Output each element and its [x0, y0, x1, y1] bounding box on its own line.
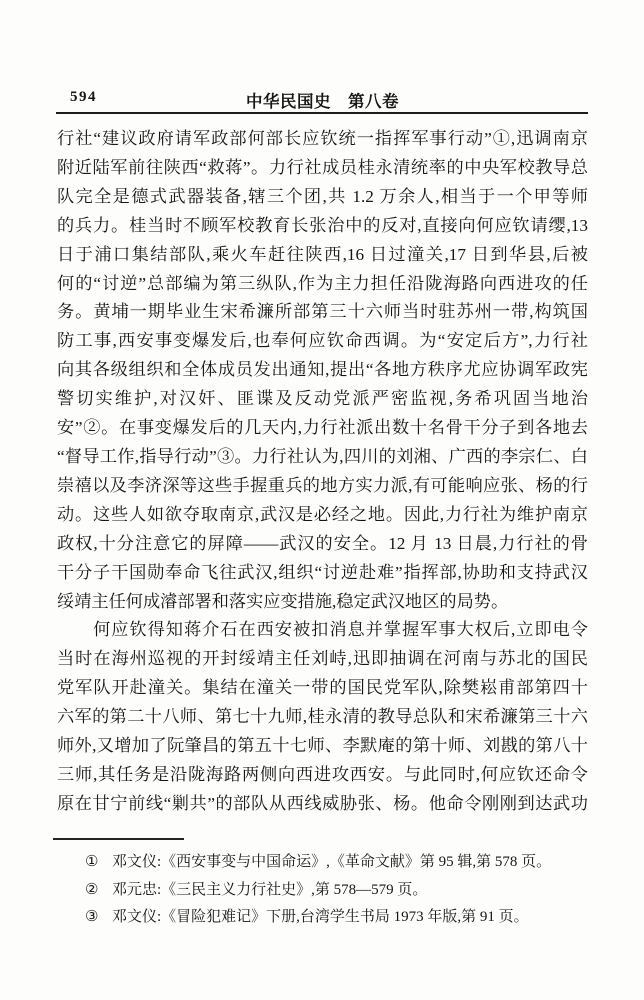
text-line: 何的“讨逆”总部编为第三纵队,作为主力担任沿陇海路向西进攻的任	[57, 270, 588, 299]
footnote: ②邓元忠:《三民主义力行社史》,第 578—579 页。	[57, 877, 588, 905]
text-line: 原在甘宁前线“剿共”的部队从西线威胁张、杨。他命令刚刚到达武功	[57, 790, 588, 819]
text-line: 防工事,西安事变爆发后,也奉何应钦命西调。为“安定后方”,力行社	[57, 327, 588, 356]
body-text: 行社“建议政府请军政部何部长应钦统一指挥军事行动”①,迅调南京 附近陆军前往陕西…	[57, 125, 588, 819]
text-line: 动。这些人如欲夺取南京,武汉是必经之地。因此,力行社为维护南京	[57, 501, 588, 530]
text-line: 绥靖主任何成濬部署和落实应变措施,稳定武汉地区的局势。	[57, 588, 588, 617]
footnote: ①邓文仪:《西安事变与中国命运》,《革命文献》第 95 辑,第 578 页。	[57, 849, 588, 877]
running-header: 594 中华民国史 第八卷	[57, 88, 588, 110]
text-line: 何应钦得知蒋介石在西安被扣消息并掌握军事大权后,立即电令	[57, 616, 588, 645]
book-page: 594 中华民国史 第八卷 行社“建议政府请军政部何部长应钦统一指挥军事行动”①…	[0, 0, 644, 1000]
text-line: 行社“建议政府请军政部何部长应钦统一指挥军事行动”①,迅调南京	[57, 125, 588, 154]
text-line: 安”②。在事变爆发后的几天内,力行社派出数十名骨干分子到各地去	[57, 414, 588, 443]
book-title: 中华民国史 第八卷	[57, 88, 588, 112]
text-line: 附近陆军前往陕西“救蒋”。力行社成员桂永清统率的中央军校教导总	[57, 154, 588, 183]
text-line: 的兵力。桂当时不顾军校教育长张治中的反对,直接向何应钦请缨,13	[57, 212, 588, 241]
footnote-text: 邓文仪:《冒险犯难记》下册,台湾学生书局 1973 年版,第 91 页。	[112, 909, 529, 925]
text-line: 三师,其任务是沿陇海路两侧向西进攻西安。与此同时,何应钦还命令	[57, 761, 588, 790]
text-line: 向其各级组织和全体成员发出通知,提出“各地方秩序尤应协调军政宪	[57, 356, 588, 385]
text-line: 政权,十分注意它的屏障——武汉的安全。12 月 13 日晨,力行社的骨	[57, 530, 588, 559]
text-line: “督导工作,指导行动”③。力行社认为,四川的刘湘、广西的李宗仁、白	[57, 443, 588, 472]
text-line: 日于浦口集结部队,乘火车赶往陕西,16 日过潼关,17 日到华县,后被	[57, 241, 588, 270]
text-line: 六军的第二十八师、第七十九师,桂永清的教导总队和宋希濂第三十六	[57, 703, 588, 732]
footnote-text: 邓文仪:《西安事变与中国命运》,《革命文献》第 95 辑,第 578 页。	[112, 854, 551, 870]
text-line: 警切实维护,对汉奸、匪谍及反动党派严密监视,务希巩固当地治	[57, 385, 588, 414]
text-line: 党军队开赴潼关。集结在潼关一带的国民党军队,除樊崧甫部第四十	[57, 674, 588, 703]
footnote-separator	[53, 838, 184, 840]
text-line: 崇禧以及李济深等这些手握重兵的地方实力派,有可能响应张、杨的行	[57, 472, 588, 501]
footnote-marker: ①	[85, 849, 112, 877]
footnote-text: 邓元忠:《三民主义力行社史》,第 578—579 页。	[112, 882, 427, 898]
footnote-marker: ②	[85, 877, 112, 905]
text-line: 当时在海州巡视的开封绥靖主任刘峙,迅即抽调在河南与苏北的国民	[57, 645, 588, 674]
footnote: ③邓文仪:《冒险犯难记》下册,台湾学生书局 1973 年版,第 91 页。	[57, 904, 588, 932]
text-line: 师外,又增加了阮肇昌的第五十七师、李默庵的第十师、刘戡的第八十	[57, 732, 588, 761]
footnotes: ①邓文仪:《西安事变与中国命运》,《革命文献》第 95 辑,第 578 页。 ②…	[57, 849, 588, 932]
footnote-marker: ③	[85, 904, 112, 932]
text-line: 队完全是德式武器装备,辖三个团,共 1.2 万余人,相当于一个甲等师	[57, 183, 588, 212]
header-rule	[56, 112, 588, 114]
text-line: 务。黄埔一期毕业生宋希濂所部第三十六师当时驻苏州一带,构筑国	[57, 298, 588, 327]
text-line: 干分子干国勋奉命飞往武汉,组织“讨逆赴难”指挥部,协助和支持武汉	[57, 559, 588, 588]
